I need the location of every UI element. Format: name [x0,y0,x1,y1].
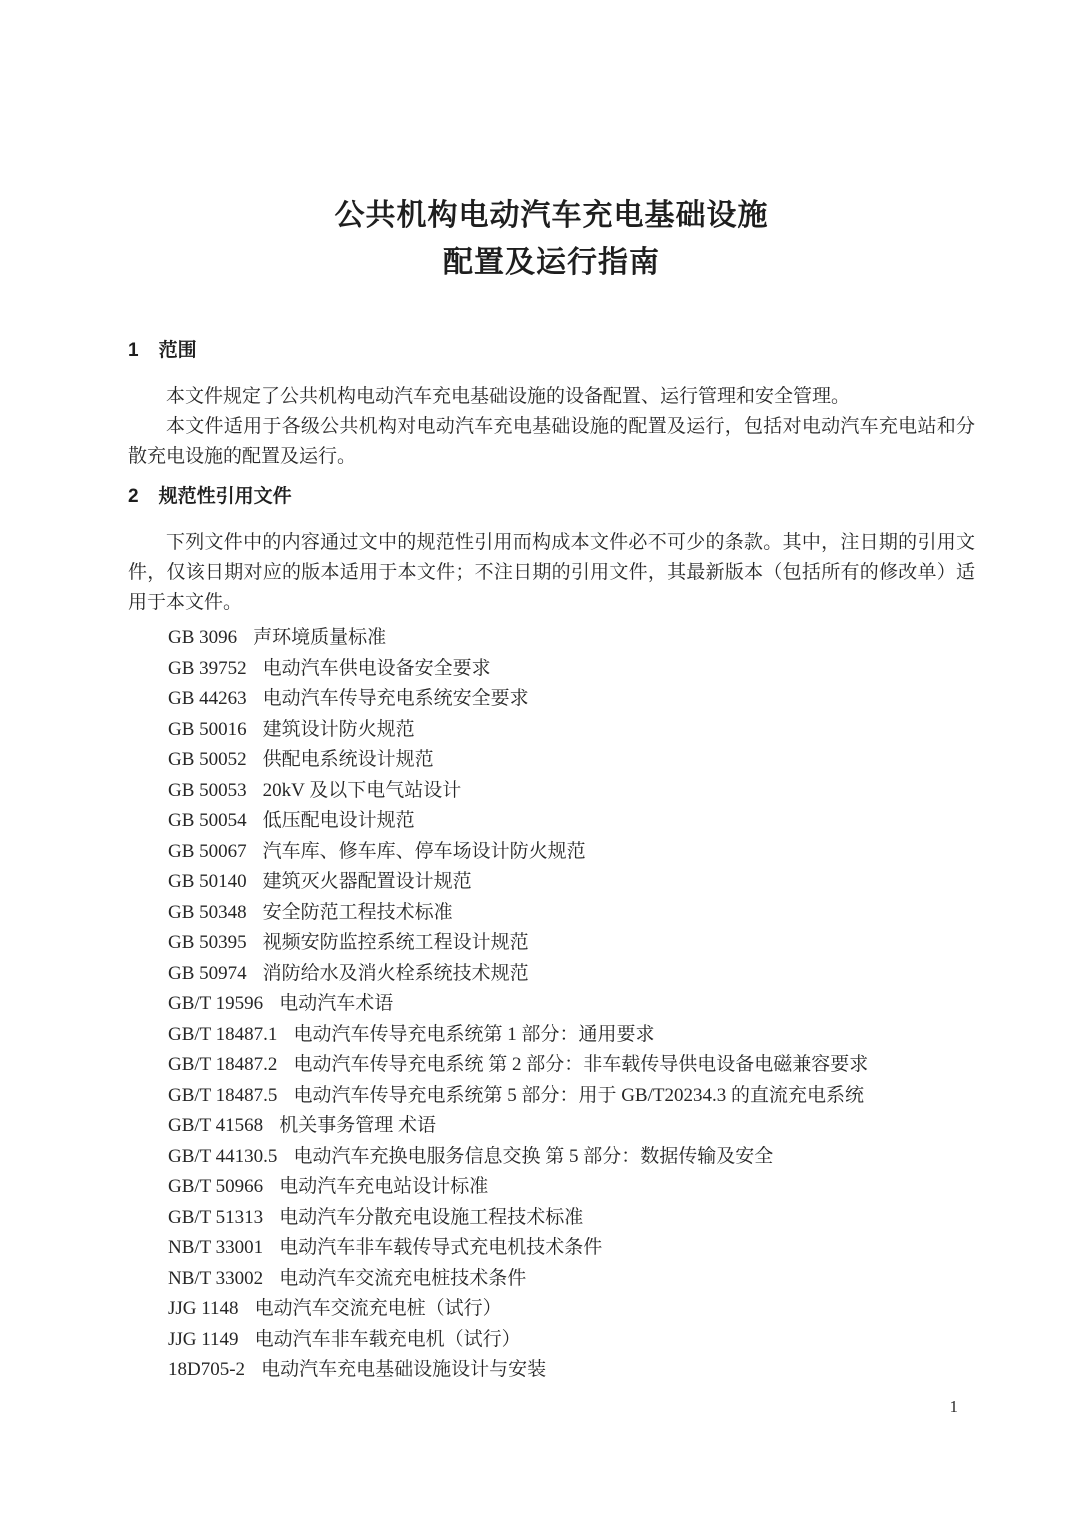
reference-code: GB 50067 [168,841,247,862]
reference-title: 20kV 及以下电气站设计 [263,780,462,801]
reference-code: GB 3096 [168,627,237,648]
reference-title: 供配电系统设计规范 [263,749,434,770]
reference-code: JJG 1149 [168,1329,239,1350]
reference-code: 18D705-2 [168,1359,245,1380]
reference-code: GB/T 18487.1 [168,1024,277,1045]
reference-list-item: GB 3096声环境质量标准 [168,623,975,654]
reference-title: 视频安防监控系统工程设计规范 [263,932,529,953]
reference-list-item: GB/T 19596电动汽车术语 [168,989,975,1020]
scope-paragraph-2: 本文件适用于各级公共机构对电动汽车充电基础设施的配置及运行，包括对电动汽车充电站… [128,412,975,472]
reference-list-item: GB 50054低压配电设计规范 [168,806,975,837]
reference-code: GB/T 41568 [168,1115,263,1136]
reference-list-item: GB 50974消防给水及消火栓系统技术规范 [168,959,975,990]
reference-title: 电动汽车供电设备安全要求 [263,658,491,679]
section-scope-label: 范围 [159,340,197,361]
page-number: 1 [950,1396,959,1418]
reference-title: 电动汽车术语 [279,993,393,1014]
section-scope-number: 1 [128,340,139,361]
reference-title: 电动汽车交流充电桩技术条件 [279,1268,526,1289]
reference-list-item: NB/T 33001电动汽车非车载传导式充电机技术条件 [168,1233,975,1264]
reference-list-item: GB/T 50966电动汽车充电站设计标准 [168,1172,975,1203]
reference-list-item: GB 44263电动汽车传导充电系统安全要求 [168,684,975,715]
reference-code: GB/T 51313 [168,1207,263,1228]
reference-title: 电动汽车分散充电设施工程技术标准 [279,1207,583,1228]
reference-code: GB 39752 [168,658,247,679]
reference-code: GB/T 18487.5 [168,1085,277,1106]
reference-title: 电动汽车传导充电系统安全要求 [263,688,529,709]
document-page: 公共机构电动汽车充电基础设施 配置及运行指南 1范围 本文件规定了公共机构电动汽… [0,0,1080,1527]
reference-title: 声环境质量标准 [253,627,386,648]
reference-title: 电动汽车传导充电系统 第 2 部分：非车载传导供电设备电磁兼容要求 [293,1054,868,1075]
reference-code: GB/T 50966 [168,1176,263,1197]
reference-list-item: GB 50052供配电系统设计规范 [168,745,975,776]
section-references: 2规范性引用文件 下列文件中的内容通过文中的规范性引用而构成本文件必不可少的条款… [128,484,975,1386]
reference-title: 消防给水及消火栓系统技术规范 [263,963,529,984]
reference-list-item: GB/T 18487.5电动汽车传导充电系统第 5 部分：用于 GB/T2023… [168,1081,975,1112]
reference-list-item: GB/T 44130.5电动汽车充换电服务信息交换 第 5 部分：数据传输及安全 [168,1142,975,1173]
reference-list-item: 18D705-2电动汽车充电基础设施设计与安装 [168,1355,975,1386]
reference-list-item: GB/T 41568机关事务管理 术语 [168,1111,975,1142]
section-scope: 1范围 本文件规定了公共机构电动汽车充电基础设施的设备配置、运行管理和安全管理。… [128,338,975,472]
reference-code: JJG 1148 [168,1298,239,1319]
section-scope-heading: 1范围 [128,338,975,364]
document-title-line-2: 配置及运行指南 [128,239,975,286]
reference-list-item: GB 50395视频安防监控系统工程设计规范 [168,928,975,959]
reference-list-item: GB 50067汽车库、修车库、停车场设计防火规范 [168,837,975,868]
reference-list-item: GB/T 18487.1电动汽车传导充电系统第 1 部分：通用要求 [168,1020,975,1051]
reference-title: 电动汽车充换电服务信息交换 第 5 部分：数据传输及安全 [293,1146,773,1167]
reference-title: 建筑灭火器配置设计规范 [263,871,472,892]
reference-list-item: GB/T 18487.2电动汽车传导充电系统 第 2 部分：非车载传导供电设备电… [168,1050,975,1081]
reference-title: 电动汽车充电基础设施设计与安装 [261,1359,546,1380]
reference-code: GB 50140 [168,871,247,892]
reference-title: 电动汽车非车载传导式充电机技术条件 [279,1237,602,1258]
reference-title: 电动汽车充电站设计标准 [279,1176,488,1197]
reference-list-item: GB 50140建筑灭火器配置设计规范 [168,867,975,898]
reference-title: 电动汽车传导充电系统第 1 部分：通用要求 [293,1024,654,1045]
reference-code: GB 50054 [168,810,247,831]
reference-code: GB 50348 [168,902,247,923]
reference-list-item: GB 50016建筑设计防火规范 [168,715,975,746]
reference-list: GB 3096声环境质量标准 GB 39752电动汽车供电设备安全要求 GB 4… [128,623,975,1386]
document-title-line-1: 公共机构电动汽车充电基础设施 [128,192,975,239]
reference-title: 安全防范工程技术标准 [263,902,453,923]
reference-list-item: JJG 1148电动汽车交流充电桩（试行） [168,1294,975,1325]
reference-code: NB/T 33001 [168,1237,263,1258]
reference-code: GB 50395 [168,932,247,953]
reference-code: GB 50053 [168,780,247,801]
section-references-label: 规范性引用文件 [159,486,292,507]
reference-list-item: GB 5005320kV 及以下电气站设计 [168,776,975,807]
section-references-number: 2 [128,486,139,507]
reference-list-item: JJG 1149电动汽车非车载充电机（试行） [168,1325,975,1356]
reference-list-item: GB/T 51313电动汽车分散充电设施工程技术标准 [168,1203,975,1234]
reference-title: 汽车库、修车库、停车场设计防火规范 [263,841,586,862]
reference-title: 低压配电设计规范 [263,810,415,831]
reference-code: GB/T 18487.2 [168,1054,277,1075]
section-references-heading: 2规范性引用文件 [128,484,975,510]
reference-code: GB/T 19596 [168,993,263,1014]
reference-list-item: GB 50348安全防范工程技术标准 [168,898,975,929]
reference-code: GB 50016 [168,719,247,740]
reference-list-item: GB 39752电动汽车供电设备安全要求 [168,654,975,685]
reference-list-item: NB/T 33002电动汽车交流充电桩技术条件 [168,1264,975,1295]
reference-code: GB 50052 [168,749,247,770]
reference-code: GB/T 44130.5 [168,1146,277,1167]
scope-paragraph-1: 本文件规定了公共机构电动汽车充电基础设施的设备配置、运行管理和安全管理。 [128,382,975,412]
reference-title: 电动汽车传导充电系统第 5 部分：用于 GB/T20234.3 的直流充电系统 [293,1085,864,1106]
reference-code: GB 50974 [168,963,247,984]
document-title: 公共机构电动汽车充电基础设施 配置及运行指南 [128,192,975,286]
reference-title: 机关事务管理 术语 [279,1115,436,1136]
reference-title: 建筑设计防火规范 [263,719,415,740]
references-intro-paragraph: 下列文件中的内容通过文中的规范性引用而构成本文件必不可少的条款。其中，注日期的引… [128,528,975,618]
reference-title: 电动汽车交流充电桩（试行） [255,1298,502,1319]
reference-title: 电动汽车非车载充电机（试行） [255,1329,521,1350]
reference-code: NB/T 33002 [168,1268,263,1289]
reference-code: GB 44263 [168,688,247,709]
